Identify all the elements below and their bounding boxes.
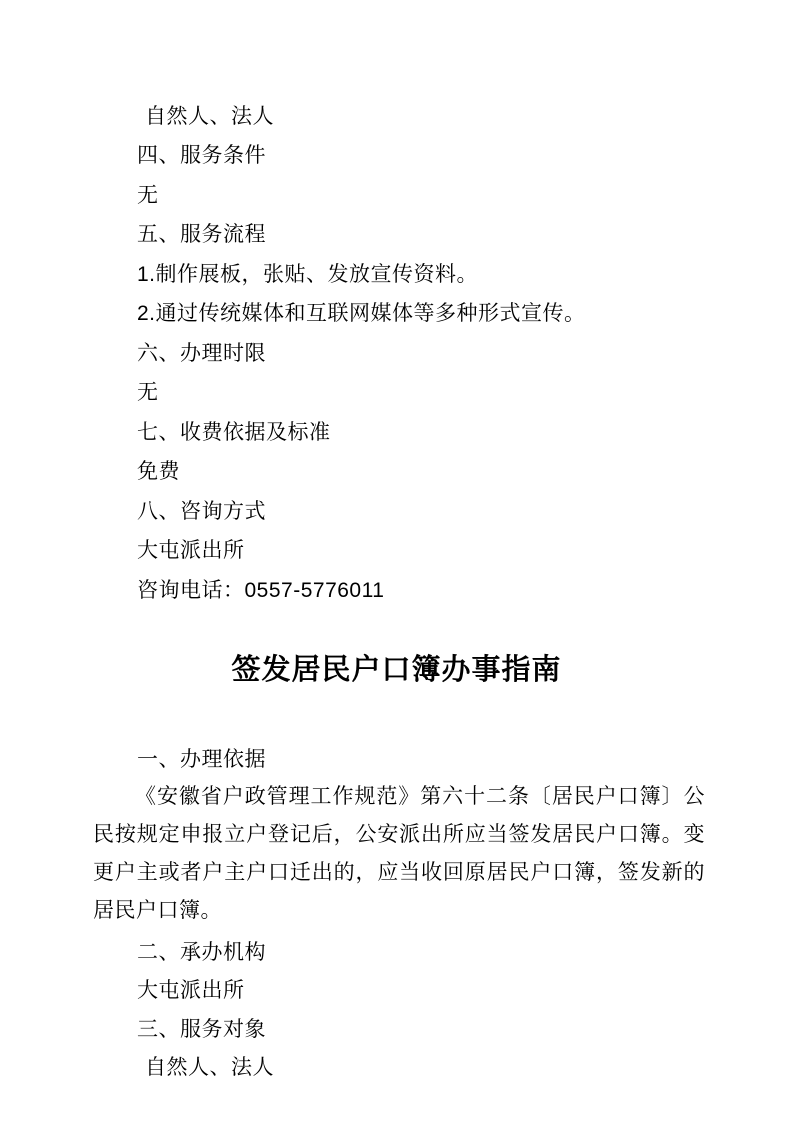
heading-service-process: 五、服务流程 [93, 214, 705, 254]
time-limit-value: 无 [93, 372, 705, 412]
heading-undertaking-agency: 二、承办机构 [93, 932, 705, 971]
consult-agency: 大屯派出所 [93, 530, 705, 570]
process-step-2: 2.通过传统媒体和互联网媒体等多种形式宣传。 [93, 293, 705, 333]
heading-handling-basis: 一、办理依据 [93, 738, 705, 778]
legal-basis-paragraph: 《安徽省户政管理工作规范》第六十二条〔居民户口簿〕公民按规定申报立户登记后，公安… [93, 778, 705, 930]
service-target-value: 自然人、法人 [93, 95, 705, 135]
heading-consult-method: 八、咨询方式 [93, 490, 705, 530]
previous-guide-section: 自然人、法人 四、服务条件 无 五、服务流程 1.制作展板，张贴、发放宣传资料。… [93, 95, 705, 609]
heading-service-target: 三、服务对象 [93, 1009, 705, 1048]
heading-time-limit: 六、办理时限 [93, 332, 705, 372]
fee-value: 免费 [93, 451, 705, 491]
consult-phone: 咨询电话：0557-5776011 [93, 569, 705, 609]
process-step-1: 1.制作展板，张贴、发放宣传资料。 [93, 253, 705, 293]
document-page: 自然人、法人 四、服务条件 无 五、服务流程 1.制作展板，张贴、发放宣传资料。… [0, 0, 793, 1122]
service-target-value-2: 自然人、法人 [93, 1047, 705, 1086]
new-guide-section: 一、办理依据 《安徽省户政管理工作规范》第六十二条〔居民户口簿〕公民按规定申报立… [93, 738, 705, 1086]
heading-fee-standard: 七、收费依据及标准 [93, 411, 705, 451]
service-condition-value: 无 [93, 174, 705, 214]
document-title: 签发居民户口簿办事指南 [0, 648, 793, 692]
heading-service-condition: 四、服务条件 [93, 135, 705, 175]
undertaking-agency-value: 大屯派出所 [93, 970, 705, 1009]
